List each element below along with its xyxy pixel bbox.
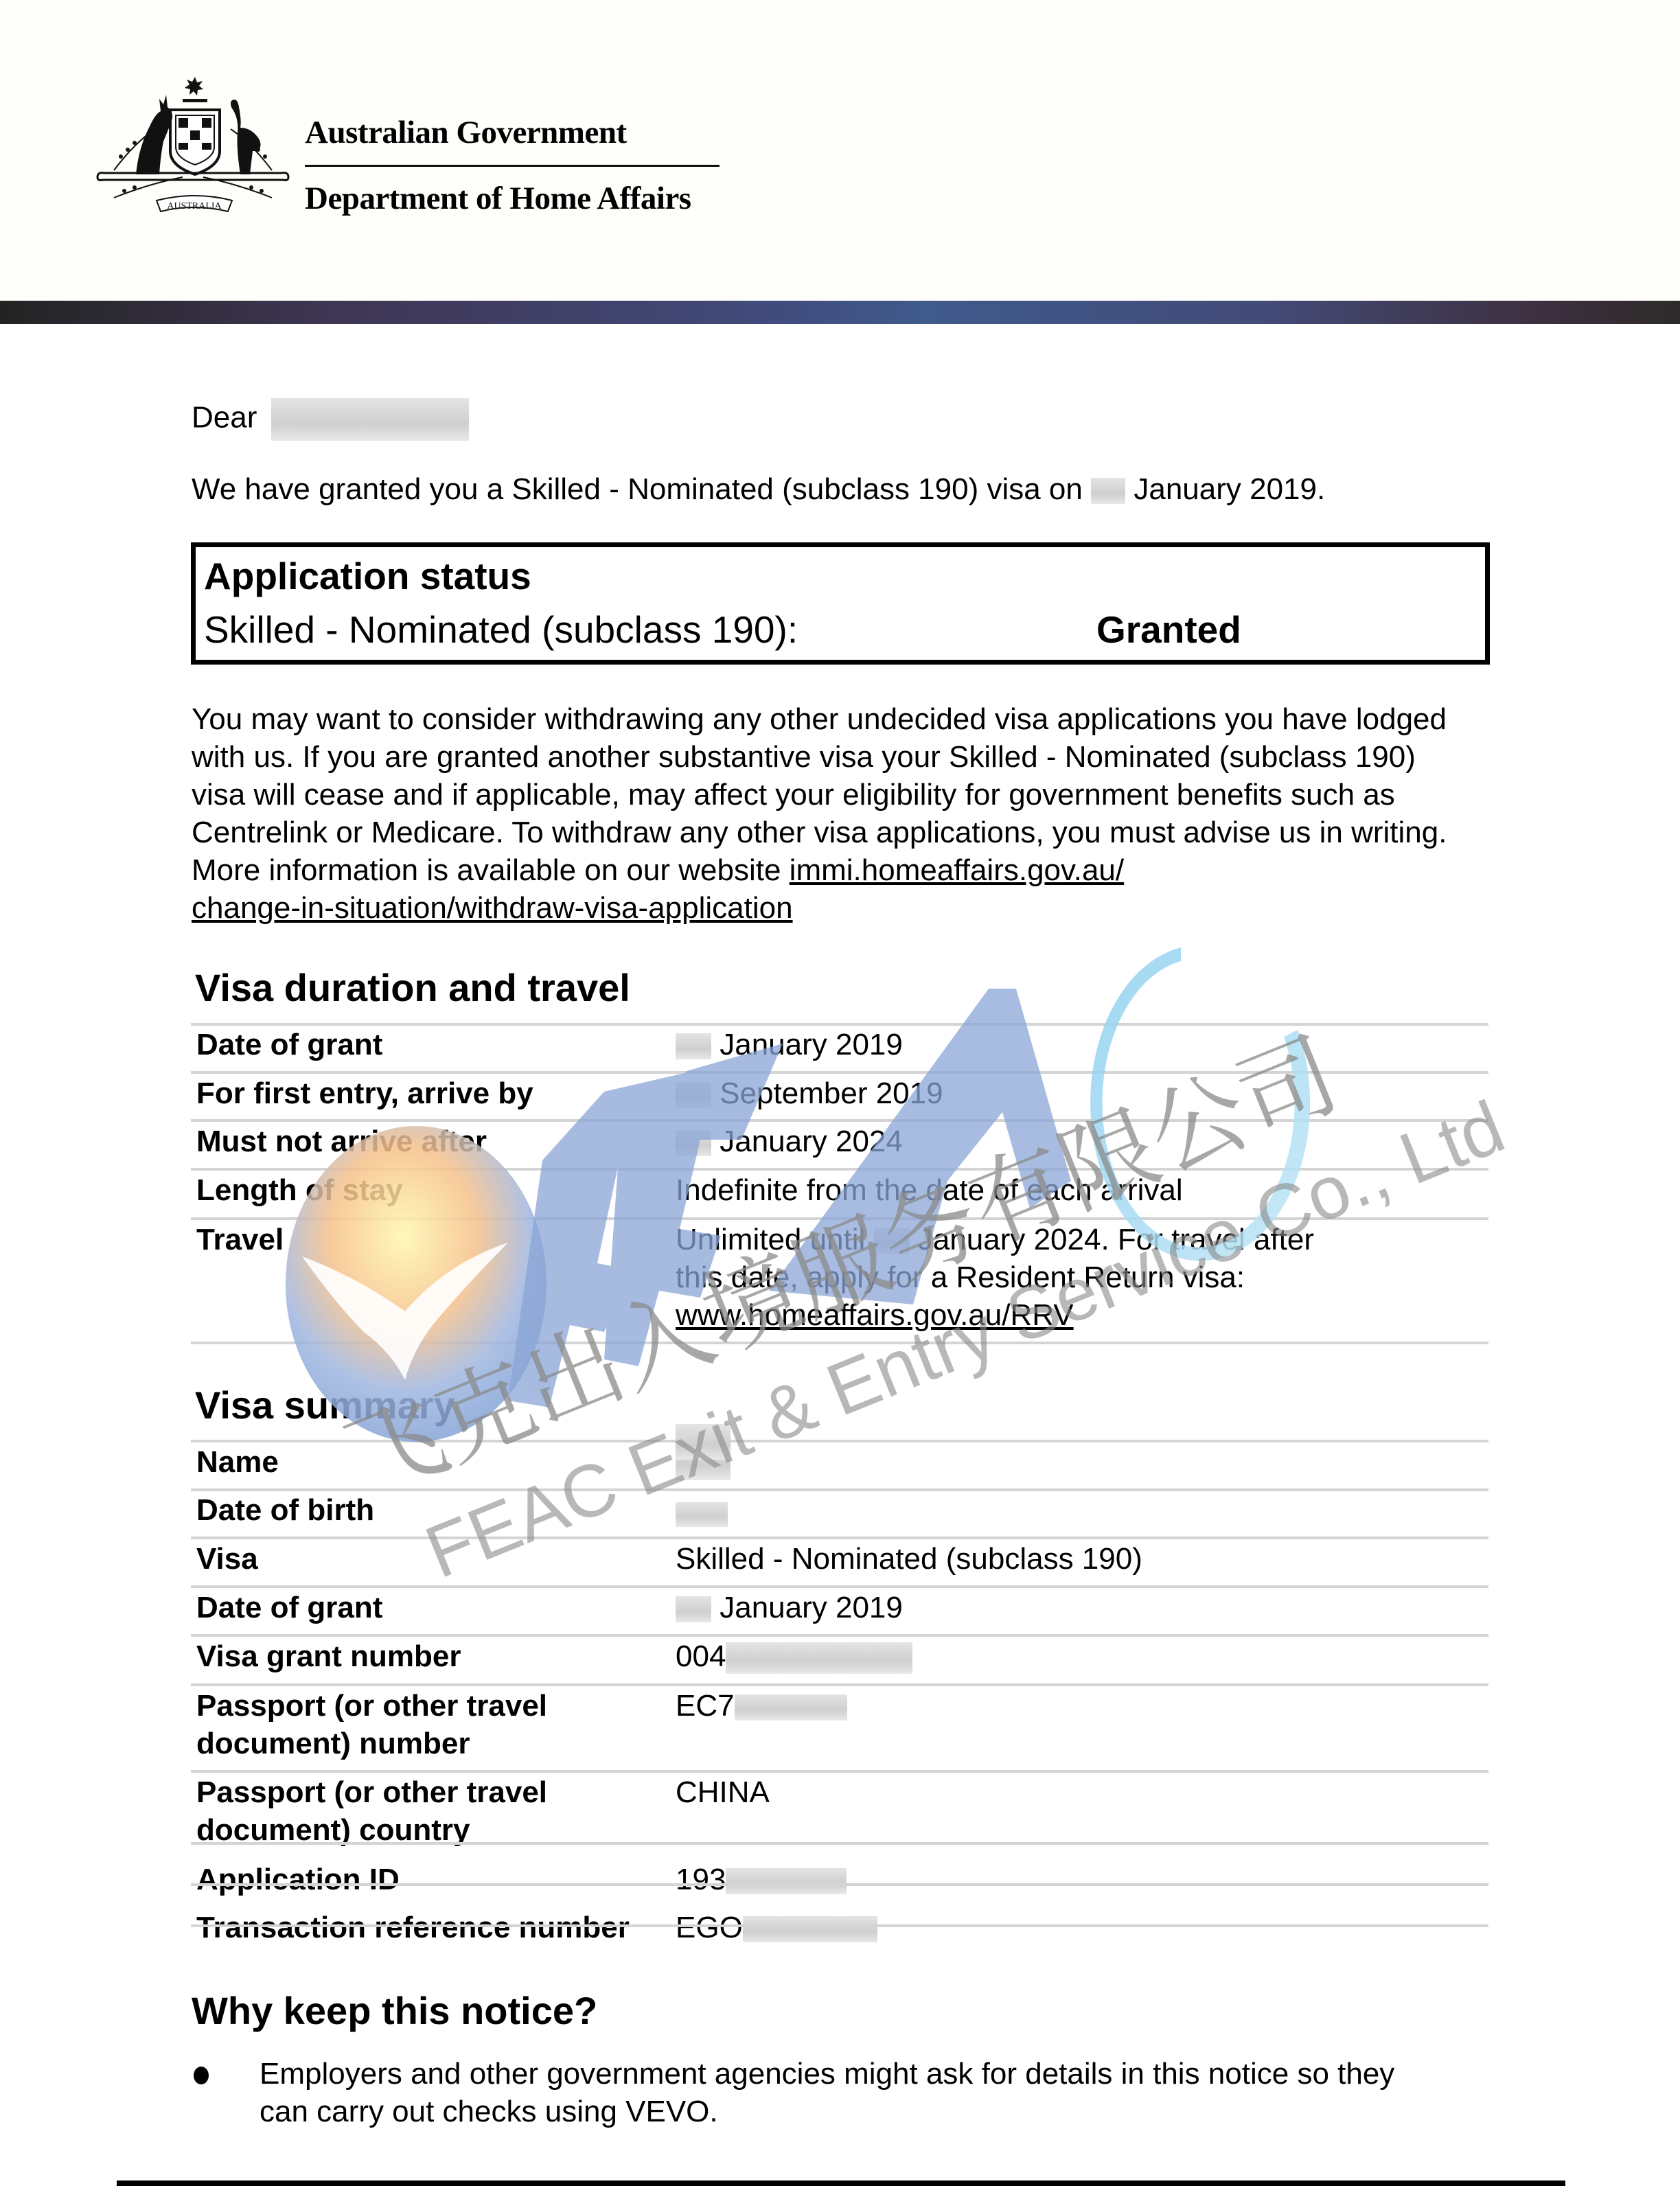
- duration-row-value: September 2019: [676, 1074, 943, 1112]
- grant-sentence: We have granted you a Skilled - Nominate…: [192, 472, 1325, 507]
- table-rule: [191, 1119, 1488, 1122]
- duration-row-label: Length of stay: [196, 1171, 403, 1209]
- summary-row-value: Skilled - Nominated (subclass 190): [676, 1540, 1142, 1578]
- table-rule: [191, 1683, 1488, 1686]
- duration-row-value: January 2019: [676, 1026, 903, 1063]
- application-status-value: Granted: [1096, 608, 1241, 652]
- bird-icon: [302, 1243, 508, 1380]
- redacted-block: [676, 1421, 730, 1460]
- table-rule: [191, 1924, 1488, 1927]
- withdraw-notice: You may want to consider withdrawing any…: [192, 700, 1469, 927]
- grant-sentence-prefix: We have granted you a Skilled - Nominate…: [192, 472, 1083, 506]
- redacted-day: [874, 1228, 910, 1254]
- summary-row-label: Name: [196, 1443, 279, 1481]
- svg-text:FEAC Exit & Entry Service Co.,: FEAC Exit & Entry Service Co., Ltd: [414, 1085, 1515, 1594]
- summary-row-value: CHINA: [676, 1773, 770, 1811]
- application-status-box: Application status Skilled - Nominated (…: [191, 542, 1490, 665]
- visa-duration-title: Visa duration and travel: [195, 965, 630, 1010]
- table-rule: [191, 1217, 1488, 1220]
- duration-row-value: Unlimited until January 2024. For travel…: [676, 1221, 1314, 1334]
- redacted-name: [271, 398, 469, 441]
- redacted-application-id: [726, 1868, 847, 1894]
- letterhead: AUSTRALIA Australian Government Departme…: [0, 0, 1680, 301]
- svg-text:AUSTRALIA: AUSTRALIA: [167, 201, 222, 211]
- header-divider: [305, 165, 720, 167]
- summary-row-label: Application ID: [196, 1861, 400, 1898]
- summary-row-label: Date of grant: [196, 1589, 382, 1626]
- table-rule: [191, 1488, 1488, 1491]
- summary-row-label: Date of birth: [196, 1491, 374, 1529]
- summary-row-label: Passport (or other traveldocument) numbe…: [196, 1687, 547, 1762]
- table-rule: [191, 1585, 1488, 1588]
- redacted-name: [676, 1424, 730, 1460]
- summary-row-value: EGO: [676, 1909, 877, 1946]
- keep-notice-bullet: Employers and other government agencies …: [260, 2055, 1394, 2130]
- summary-row-value: 193: [676, 1861, 847, 1898]
- government-name: Australian Government: [305, 114, 627, 151]
- coat-of-arms-icon: AUSTRALIA: [93, 74, 292, 218]
- summary-row-value: [676, 1494, 728, 1532]
- header-band: [0, 301, 1680, 324]
- application-status-title: Application status: [204, 554, 531, 598]
- salutation-text: Dear: [192, 401, 257, 435]
- redacted-day: [676, 1596, 711, 1622]
- table-rule: [191, 1168, 1488, 1171]
- duration-row-label: Must not arrive after: [196, 1123, 487, 1160]
- summary-row-label: Visa: [196, 1540, 258, 1578]
- duration-row-label: Date of grant: [196, 1026, 382, 1063]
- duration-row-value: January 2024: [676, 1123, 903, 1160]
- table-rule: [191, 1883, 1488, 1886]
- table-rule: [191, 1842, 1488, 1845]
- duration-row-label: For first entry, arrive by: [196, 1074, 533, 1112]
- redacted-day: [1091, 478, 1125, 504]
- keep-notice-title: Why keep this notice?: [192, 1988, 597, 2033]
- summary-row-value: EC7: [676, 1687, 847, 1725]
- footer-divider: [117, 2181, 1565, 2186]
- table-rule: [191, 1071, 1488, 1074]
- summary-row-label: Visa grant number: [196, 1637, 461, 1675]
- summary-row-label: Passport (or other traveldocument) count…: [196, 1773, 547, 1849]
- department-name: Department of Home Affairs: [305, 180, 691, 217]
- redacted-day: [676, 1130, 711, 1156]
- summary-row-value: 004: [676, 1637, 912, 1675]
- table-rule: [191, 1770, 1488, 1773]
- redacted-transaction-ref: [743, 1916, 877, 1942]
- table-rule: [191, 1342, 1488, 1344]
- salutation: Dear: [192, 398, 469, 441]
- redacted-dob: [676, 1502, 728, 1527]
- duration-row-label: Travel: [196, 1221, 284, 1258]
- summary-row-value: January 2019: [676, 1589, 903, 1626]
- table-rule: [191, 1537, 1488, 1539]
- table-rule: [191, 1440, 1488, 1442]
- application-status-visa: Skilled - Nominated (subclass 190):: [204, 608, 798, 652]
- redacted-grant-number: [726, 1642, 912, 1674]
- redacted-passport-number: [735, 1694, 847, 1721]
- redacted-day: [676, 1082, 711, 1108]
- redacted-day: [676, 1033, 711, 1059]
- summary-row-label: Transaction reference number: [196, 1909, 630, 1946]
- visa-summary-title: Visa summary: [195, 1383, 455, 1427]
- table-rule: [191, 1634, 1488, 1637]
- grant-sentence-suffix: January 2019.: [1134, 472, 1325, 506]
- bullet-icon: [194, 2067, 209, 2084]
- rrv-link[interactable]: www.homeaffairs.gov.au/RRV: [676, 1298, 1074, 1332]
- duration-row-value: Indefinite from the date of each arrival: [676, 1171, 1183, 1209]
